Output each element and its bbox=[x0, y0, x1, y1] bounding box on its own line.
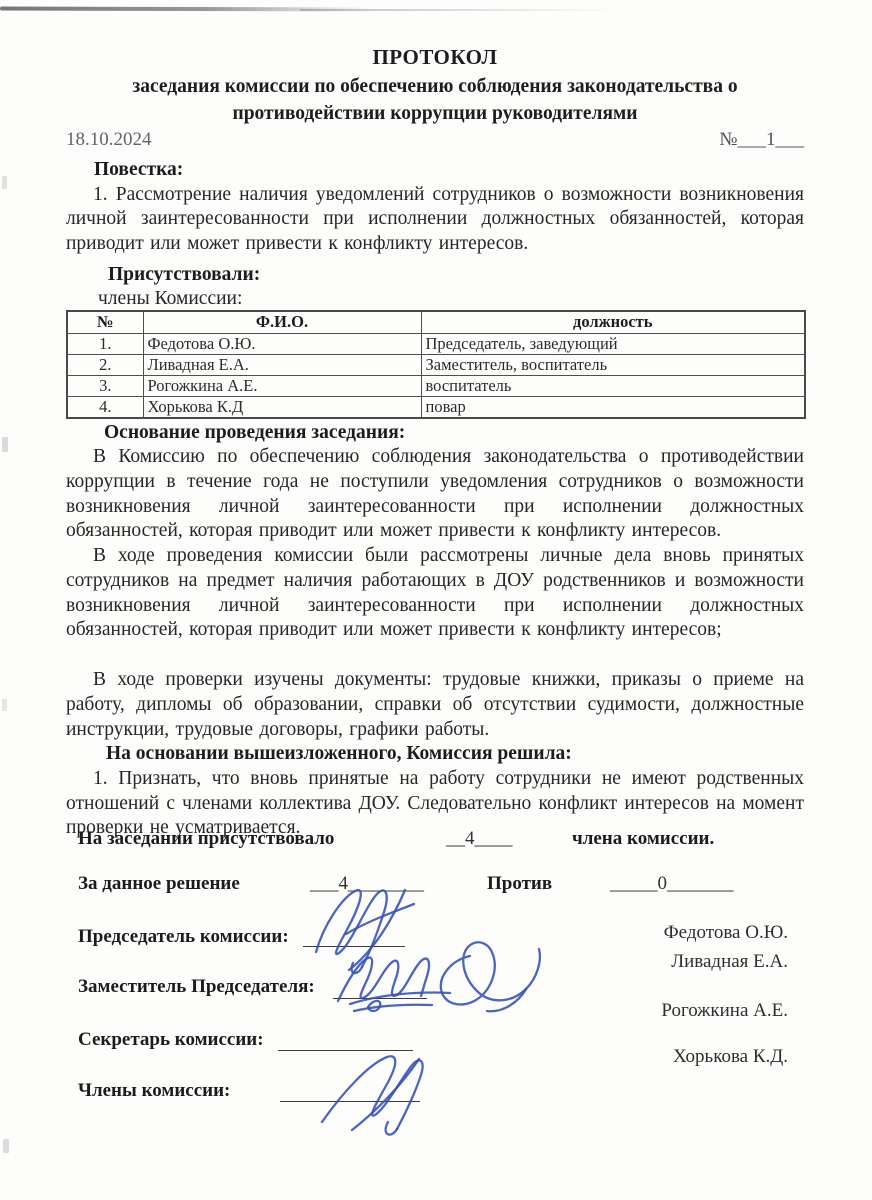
cell-position: Заместитель, воспитатель bbox=[421, 354, 805, 375]
header-cell-number: № bbox=[67, 311, 143, 334]
chairman-signature-scribble bbox=[316, 890, 414, 973]
table-header-row: № Ф.И.О. должность bbox=[67, 311, 805, 334]
cell-number: 4. bbox=[67, 396, 143, 418]
document-title: ПРОТОКОЛ bbox=[66, 46, 804, 68]
cell-number: 1. bbox=[67, 333, 143, 354]
scan-edge-mark bbox=[2, 437, 8, 452]
document-date: 18.10.2024 bbox=[66, 128, 152, 152]
cell-position: повар bbox=[421, 396, 805, 418]
member-signature-scribble bbox=[322, 1056, 423, 1134]
table-row: 2. Ливадная Е.А. Заместитель, воспитател… bbox=[67, 354, 805, 375]
table-row: 3. Рогожкина А.Е. воспитатель bbox=[67, 375, 805, 396]
signer-name-4: Хорькова К.Д. bbox=[673, 1046, 788, 1068]
signer-name-1: Федотова О.Ю. bbox=[664, 922, 788, 944]
cell-name: Федотова О.Ю. bbox=[143, 333, 421, 354]
document-number: №___1___ bbox=[719, 128, 804, 152]
signature-line-chairman bbox=[303, 946, 405, 947]
deputy-signature-scribble bbox=[338, 942, 540, 1011]
vote-for-label: За данное решение bbox=[78, 873, 240, 895]
attended-suffix: члена комиссии. bbox=[572, 828, 714, 850]
document-subtitle: заседания комиссии по обеспечению соблюд… bbox=[66, 73, 804, 127]
scan-edge-mark bbox=[3, 1139, 9, 1153]
subtitle-line-1: заседания комиссии по обеспечению соблюд… bbox=[66, 73, 804, 100]
vote-against-label: Против bbox=[487, 873, 552, 895]
document-content: ПРОТОКОЛ заседания комиссии по обеспечен… bbox=[66, 36, 804, 841]
header-cell-position: должность bbox=[421, 311, 805, 334]
signer-name-2: Ливадная Е.А. bbox=[671, 951, 788, 973]
scan-edge-mark bbox=[2, 176, 7, 189]
cell-name: Ливадная Е.А. bbox=[143, 354, 421, 375]
vote-against-value: _____0_______ bbox=[610, 873, 734, 895]
attended-label: На заседании присутствовало bbox=[78, 828, 334, 850]
document-page: ПРОТОКОЛ заседания комиссии по обеспечен… bbox=[0, 0, 872, 1200]
signature-line-members bbox=[280, 1101, 420, 1102]
attendees-subheading: члены Комиссии: bbox=[66, 288, 804, 310]
basis-heading: Основание проведения заседания: bbox=[66, 421, 804, 446]
cell-number: 2. bbox=[67, 354, 143, 375]
decision-heading: На основании вышеизложенного, Комиссия р… bbox=[66, 742, 804, 767]
basis-paragraph-2: В ходе проведения комиссии были рассмотр… bbox=[66, 544, 804, 668]
attended-value: __4____ bbox=[446, 828, 513, 850]
signature-line-secretary bbox=[278, 1050, 413, 1051]
agenda-item: 1. Рассмотрение наличия уведомлений сотр… bbox=[66, 183, 804, 257]
signer-name-3: Рогожкина А.Е. bbox=[661, 1000, 788, 1022]
scan-streak-artifact-faint bbox=[300, 9, 620, 11]
basis-paragraph-3: В ходе проверки изучены документы: трудо… bbox=[66, 668, 804, 742]
header-cell-name: Ф.И.О. bbox=[143, 311, 421, 334]
basis-paragraph-1: В Комиссию по обеспечению соблюдения зак… bbox=[66, 445, 804, 544]
cell-number: 3. bbox=[67, 375, 143, 396]
attendees-heading: Присутствовали: bbox=[66, 263, 804, 288]
signature-label-deputy: Заместитель Председателя: bbox=[78, 976, 315, 998]
agenda-heading: Повестка: bbox=[66, 158, 804, 183]
cell-position: Председатель, заведующий bbox=[421, 333, 805, 354]
members-table: № Ф.И.О. должность 1. Федотова О.Ю. Пред… bbox=[66, 310, 806, 419]
signature-line-deputy bbox=[333, 998, 427, 999]
scan-edge-mark bbox=[2, 699, 7, 711]
vote-for-value: ___4________ bbox=[310, 873, 424, 895]
signature-label-secretary: Секретарь комиссии: bbox=[78, 1029, 264, 1051]
subtitle-line-2: противодействии коррупции руководителями bbox=[66, 100, 804, 127]
cell-name: Рогожкина А.Е. bbox=[143, 375, 421, 396]
signature-label-members: Члены комиссии: bbox=[78, 1080, 230, 1102]
cell-name: Хорькова К.Д bbox=[143, 396, 421, 418]
table-row: 4. Хорькова К.Д повар bbox=[67, 396, 805, 418]
meta-row: 18.10.2024 №___1___ bbox=[66, 128, 804, 152]
cell-position: воспитатель bbox=[421, 375, 805, 396]
table-row: 1. Федотова О.Ю. Председатель, заведующи… bbox=[67, 333, 805, 354]
signature-label-chairman: Председатель комиссии: bbox=[78, 926, 289, 948]
